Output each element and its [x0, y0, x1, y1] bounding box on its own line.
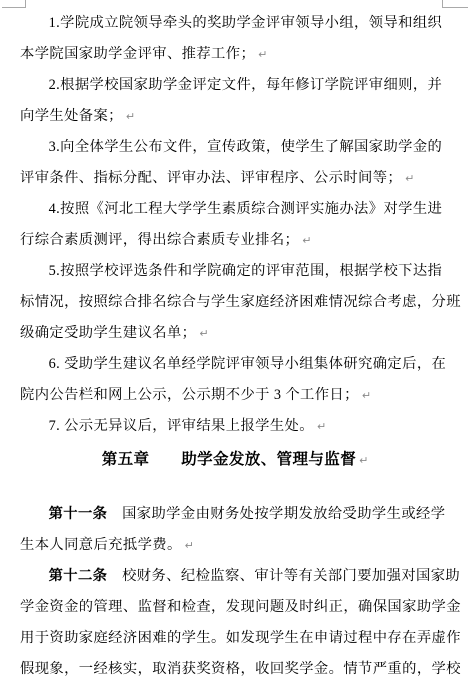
- text-line[interactable]: 假现象，一经核实，取消获奖资格，收回奖学金。情节严重的，学校: [20, 654, 450, 685]
- paragraph-mark-icon: ↵: [302, 234, 311, 247]
- text-line[interactable]: 用于资助家庭经济困难的学生。如发现学生在申请过程中存在弄虚作: [20, 623, 450, 654]
- bold-run: 第十二条: [49, 568, 108, 584]
- text-run: 3.向全体学生公布文件，宣传政策，使学生了解国家助学金的: [49, 139, 443, 155]
- text-run: 校财务、纪检监察、审计等有关部门要加强对国家助: [107, 568, 460, 584]
- paragraph-mark-icon: ↵: [405, 172, 414, 185]
- paragraph-mark-icon: ↵: [258, 48, 267, 61]
- text-line[interactable]: 生本人同意后充抵学费。↵: [20, 530, 450, 561]
- paragraph-mark-icon: ↵: [362, 389, 371, 402]
- text-line[interactable]: 行综合素质测评，得出综合素质专业排名；↵: [20, 225, 450, 256]
- text-line[interactable]: 第十一条 国家助学金由财务处按学期发放给受助学生或经学: [20, 499, 450, 530]
- chapter-heading[interactable]: 第五章 助学金发放、管理与监督↵: [20, 444, 450, 475]
- text-run: 2.根据学校国家助学金评定文件，每年修订学院评审细则，并: [49, 77, 443, 93]
- bold-run: 第十一条: [49, 506, 108, 522]
- text-run: 用于资助家庭经济困难的学生。如发现学生在申请过程中存在弄虚作: [20, 630, 461, 646]
- text-run: 假现象，一经核实，取消获奖资格，收回奖学金。情节严重的，学校: [20, 661, 461, 677]
- text-line[interactable]: 向学生处备案；↵: [20, 101, 450, 132]
- text-line[interactable]: 1.学院成立院领导牵头的奖助学金评审领导小组，领导和组织: [20, 8, 450, 39]
- text-line[interactable]: 6. 受助学生建议名单经学院评审领导小组集体研究确定后，在: [20, 349, 450, 380]
- text-run: 级确定受助学生建议名单；: [20, 325, 196, 341]
- text-line[interactable]: 级确定受助学生建议名单；↵: [20, 318, 450, 349]
- text-line[interactable]: 4.按照《河北工程大学学生素质综合测评实施办法》对学生进: [20, 194, 450, 225]
- text-line[interactable]: 评审条件、指标分配、评审办法、评审程序、公示时间等；↵: [20, 163, 450, 194]
- text-run: 行综合素质测评，得出综合素质专业排名；: [20, 232, 299, 248]
- text-line[interactable]: 院内公告栏和网上公示，公示期不少于 3 个工作日；↵: [20, 380, 450, 411]
- paragraph-mark-icon: ↵: [185, 539, 194, 552]
- text-line[interactable]: 第十二条 校财务、纪检监察、审计等有关部门要加强对国家助: [20, 561, 450, 592]
- text-line[interactable]: 学金资金的管理、监督和检查，发现问题及时纠正，确保国家助学金: [20, 592, 450, 623]
- document-page[interactable]: 1.学院成立院领导牵头的奖助学金评审领导小组，领导和组织本学院国家助学金评审、推…: [0, 0, 468, 689]
- text-line[interactable]: 标情况，按照综合排名综合与学生家庭经济困难情况综合考虑，分班: [20, 287, 450, 318]
- text-run: 国家助学金由财务处按学期发放给受助学生或经学: [107, 506, 445, 522]
- text-line[interactable]: 本学院国家助学金评审、推荐工作；↵: [20, 39, 450, 70]
- text-run: 4.按照《河北工程大学学生素质综合测评实施办法》对学生进: [49, 201, 443, 217]
- paragraph-mark-icon: ↵: [199, 327, 208, 340]
- text-line[interactable]: 2.根据学校国家助学金评定文件，每年修订学院评审细则，并: [20, 70, 450, 101]
- bold-run: 第五章 助学金发放、管理与监督: [102, 451, 356, 468]
- text-run: 1.学院成立院领导牵头的奖助学金评审领导小组，领导和组织: [49, 15, 443, 31]
- text-run: 7. 公示无异议后，评审结果上报学生处。: [49, 418, 314, 434]
- text-line[interactable]: 5.按照学校评选条件和学院确定的评审范围，根据学校下达指: [20, 256, 450, 287]
- text-run: 学金资金的管理、监督和检查，发现问题及时纠正，确保国家助学金: [20, 599, 461, 615]
- text-run: 向学生处备案；: [20, 108, 123, 124]
- text-run: 本学院国家助学金评审、推荐工作；: [20, 46, 255, 62]
- text-run: 院内公告栏和网上公示，公示期不少于 3 个工作日；: [20, 387, 359, 403]
- text-run: 评审条件、指标分配、评审办法、评审程序、公示时间等；: [20, 170, 402, 186]
- text-line[interactable]: 7. 公示无异议后，评审结果上报学生处。↵: [20, 411, 450, 442]
- text-run: 5.按照学校评选条件和学院确定的评审范围，根据学校下达指: [49, 263, 443, 279]
- text-run: 标情况，按照综合排名综合与学生家庭经济困难情况综合考虑，分班: [20, 294, 461, 310]
- text-line[interactable]: 3.向全体学生公布文件，宣传政策，使学生了解国家助学金的: [20, 132, 450, 163]
- paragraph-mark-icon: ↵: [317, 420, 326, 433]
- paragraph-mark-icon: ↵: [359, 454, 368, 467]
- paragraph-mark-icon: ↵: [126, 110, 135, 123]
- text-run: 生本人同意后充抵学费。: [20, 537, 182, 553]
- text-run: 6. 受助学生建议名单经学院评审领导小组集体研究确定后，在: [49, 356, 447, 372]
